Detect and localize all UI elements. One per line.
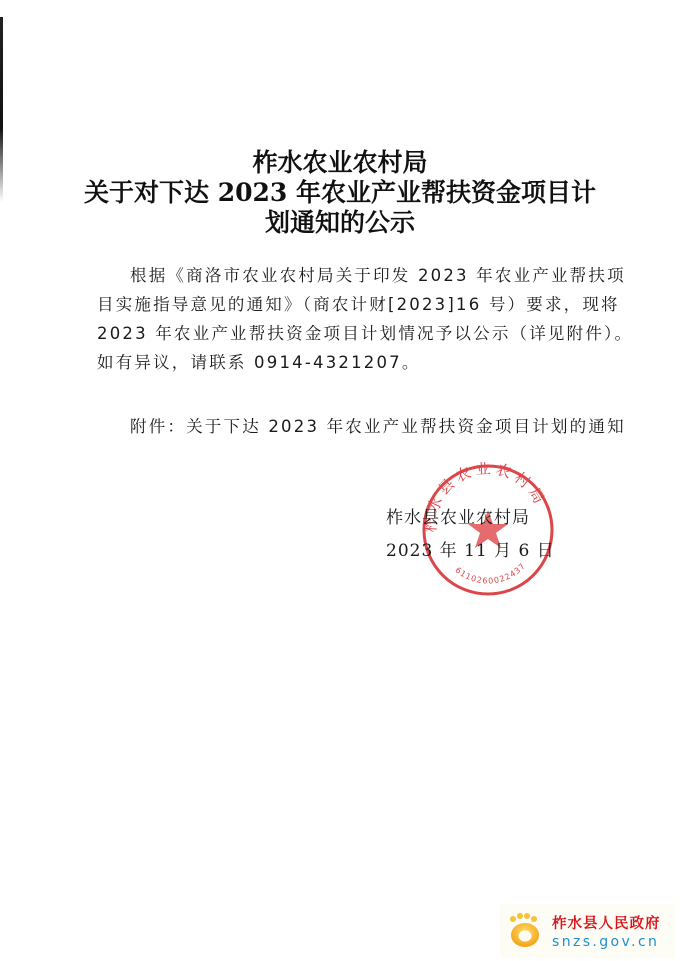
body-paragraph-line-3: 2023 年农业产业帮扶资金项目计划情况予以公示（详见附件）。 — [97, 322, 633, 346]
svg-text:6110260022437: 6110260022437 — [454, 561, 528, 585]
body-paragraph-line-2: 目实施指导意见的通知》（商农计财[2023]16 号）要求，现将 — [97, 293, 620, 317]
government-site-logo[interactable]: 柞水县人民政府 snzs.gov.cn — [500, 904, 675, 958]
logo-title: 柞水县人民政府 — [552, 912, 661, 933]
document-title-line-1: 柞水农业农村局 — [0, 148, 680, 178]
footprint-logo-icon — [506, 910, 546, 950]
document-title-line-3: 划通知的公示 — [0, 208, 680, 238]
signature-date: 2023 年 11 月 6 日 — [386, 539, 555, 563]
body-paragraph-line-1: 根据《商洛市农业农村局关于印发 2023 年农业产业帮扶项 — [130, 264, 626, 288]
document-title-line-2: 关于对下达 2023 年农业产业帮扶资金项目计 — [0, 178, 680, 208]
attachment-line: 附件：关于下达 2023 年农业产业帮扶资金项目计划的通知 — [130, 415, 626, 439]
stamp-code: 6110260022437 — [454, 561, 528, 585]
body-paragraph-line-4: 如有异议，请联系 0914-4321207。 — [97, 351, 421, 375]
official-seal-stamp: 柞水县农业农村局 6110260022437 — [420, 462, 556, 598]
signature-organization: 柞水县农业农村局 — [386, 506, 530, 530]
logo-url: snzs.gov.cn — [552, 934, 659, 950]
